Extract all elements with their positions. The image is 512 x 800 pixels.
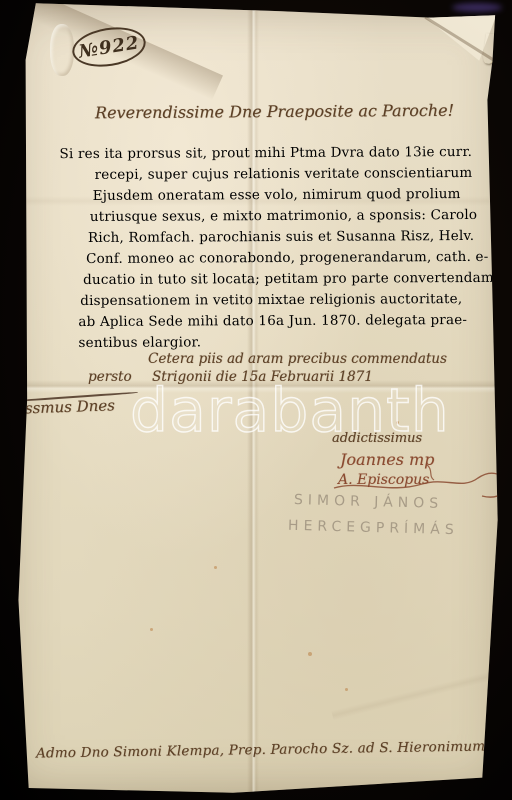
foxing-spot <box>150 628 153 631</box>
letter-body: Si res ita prorsus sit, prout mihi Ptma … <box>59 142 494 354</box>
body-line: Ejusdem oneratam esse volo, nimirum quod… <box>93 184 494 207</box>
pencil-annotation-line2: HERCEGPRÍMÁS <box>288 518 459 538</box>
ink-blot <box>0 431 21 450</box>
body-line: utriusque sexus, e mixto matrimonio, a s… <box>90 205 494 228</box>
salutation: Reverendissime Dne Praeposite ac Paroche… <box>95 101 454 123</box>
body-line: Rich, Romfach. parochianis suis et Susan… <box>88 226 494 249</box>
closing-line: Cetera piis ad aram precibus commendatus <box>148 351 447 367</box>
foxing-spot <box>214 566 217 569</box>
valediction: addictissimus <box>332 431 422 446</box>
address-line: Admo Dno Simoni Klempa, Prep. Parocho Sz… <box>36 738 485 761</box>
body-line: dispensationem in vetito mixtae religion… <box>80 289 494 312</box>
document-paper: №922 Reverendissime Dne Praeposite ac Pa… <box>0 0 512 800</box>
body-line: Conf. moneo ac conorabondo, progeneranda… <box>86 247 494 270</box>
purple-mark <box>452 3 502 12</box>
closing-word: persto <box>88 369 132 385</box>
photo-background: №922 Reverendissime Dne Praeposite ac Pa… <box>0 0 512 800</box>
body-line: ducatio in tuto sit locata; petitam pro … <box>83 268 494 291</box>
pencil-annotation-line1: SIMOR JÁNOS <box>294 492 444 512</box>
foxing-spot <box>345 688 348 691</box>
body-line: recepi, super cujus relationis veritate … <box>95 163 494 186</box>
emboss-seal <box>50 24 74 76</box>
fold-crease-bottom-right <box>331 670 498 721</box>
fold-crease-vertical <box>247 6 259 794</box>
registry-number: №922 <box>77 32 141 62</box>
dateline: Strigonii die 15a Februarii 1871 <box>152 369 373 385</box>
body-line: Si res ita prorsus sit, prout mihi Ptma … <box>59 142 493 165</box>
dog-ear-curl <box>482 33 501 65</box>
body-line: ab Aplica Sede mihi dato 16a Jun. 1870. … <box>78 310 494 333</box>
margin-note: Assmus Dnes <box>14 396 115 418</box>
foxing-spot <box>308 652 312 656</box>
foxing-spot <box>396 421 399 424</box>
